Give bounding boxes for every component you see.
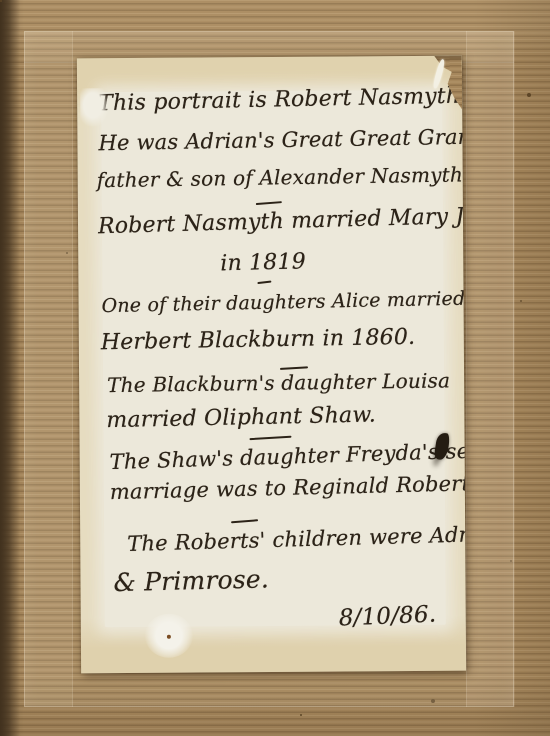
photo-of-frame-backing: This portrait is Robert Nasmyth . He was…: [0, 0, 550, 736]
cardboard-specks: [0, 0, 2, 2]
handwritten-line-13: & Primrose.: [113, 564, 269, 597]
tape-strip-right: [466, 31, 515, 707]
note-paper: This portrait is Robert Nasmyth . He was…: [77, 56, 466, 674]
handwritten-line-8: The Blackburn's daughter Louisa: [107, 368, 450, 397]
handwritten-date: 8/10/86.: [338, 601, 437, 631]
handwritten-line-5: in 1819: [220, 249, 306, 276]
paper-blemish-dot: [167, 635, 171, 639]
left-edge-shadow: [0, 0, 20, 736]
paper-blotch: [80, 88, 108, 126]
tape-strip-left: [24, 31, 73, 707]
